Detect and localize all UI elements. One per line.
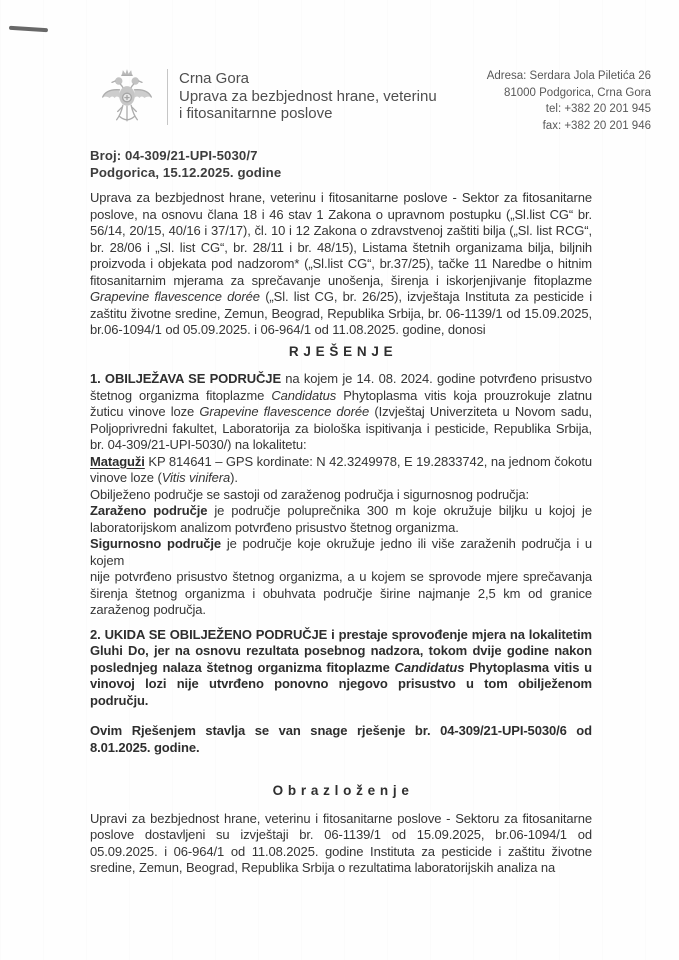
montenegro-coat-of-arms-logo xyxy=(98,66,156,128)
org-name-line2: i fitosanitarnne poslove xyxy=(179,105,437,123)
explanation-paragraph: Upravi za bezbjednost hrane, veterinu i … xyxy=(90,811,592,877)
address-line: tel: +382 20 201 945 xyxy=(487,101,651,118)
safety-area-continued-paragraph: nije potvrđeno prisustvo štetnog organiz… xyxy=(90,569,592,619)
obrazlozenje-heading: O b r a z l o ž e n j e xyxy=(90,783,592,800)
org-country: Crna Gora xyxy=(179,70,437,88)
document-page: Crna Gora Uprava za bezbjednost hrane, v… xyxy=(0,0,679,960)
rjesenje-heading: R J E Š E N J E xyxy=(90,344,592,361)
document-body: Uprava za bezbjednost hrane, veterinu i … xyxy=(90,190,592,877)
doc-place-date: Podgorica, 15.12.2025. godine xyxy=(90,165,281,182)
address-line: fax: +382 20 201 946 xyxy=(487,118,651,135)
location-paragraph: Mataguži KP 814641 – GPS kordinate: N 42… xyxy=(90,454,592,487)
org-block: Crna Gora Uprava za bezbjednost hrane, v… xyxy=(179,66,437,123)
scan-artifact xyxy=(9,26,48,32)
letterhead: Crna Gora Uprava za bezbjednost hrane, v… xyxy=(98,66,651,134)
infected-area-paragraph: Zaraženo područje je područje poluprečni… xyxy=(90,503,592,536)
repeal-paragraph: Ovim Rješenjem stavlja se van snage rješ… xyxy=(90,723,592,756)
address-block: Adresa: Serdara Jola Piletića 26 81000 P… xyxy=(487,66,651,134)
letterhead-divider xyxy=(167,69,168,125)
intro-paragraph: Uprava za bezbjednost hrane, veterinu i … xyxy=(90,190,592,339)
org-name-line1: Uprava za bezbjednost hrane, veterinu xyxy=(179,88,437,106)
doc-meta: Broj: 04-309/21-UPI-5030/7 Podgorica, 15… xyxy=(90,148,281,181)
item2-paragraph: 2. UKIDA SE OBILJEŽENO PODRUČJE i presta… xyxy=(90,627,592,710)
area-note-paragraph: Obilježeno područje se sastoji od zaraže… xyxy=(90,487,592,504)
address-line: Adresa: Serdara Jola Piletića 26 xyxy=(487,68,651,85)
brand-block: Crna Gora Uprava za bezbjednost hrane, v… xyxy=(98,66,437,128)
item1-paragraph: 1. OBILJEŽAVA SE PODRUČJE na kojem je 14… xyxy=(90,371,592,454)
address-line: 81000 Podgorica, Crna Gora xyxy=(487,85,651,102)
doc-number: Broj: 04-309/21-UPI-5030/7 xyxy=(90,148,281,165)
safety-area-paragraph: Sigurnosno područje je područje koje okr… xyxy=(90,536,592,569)
